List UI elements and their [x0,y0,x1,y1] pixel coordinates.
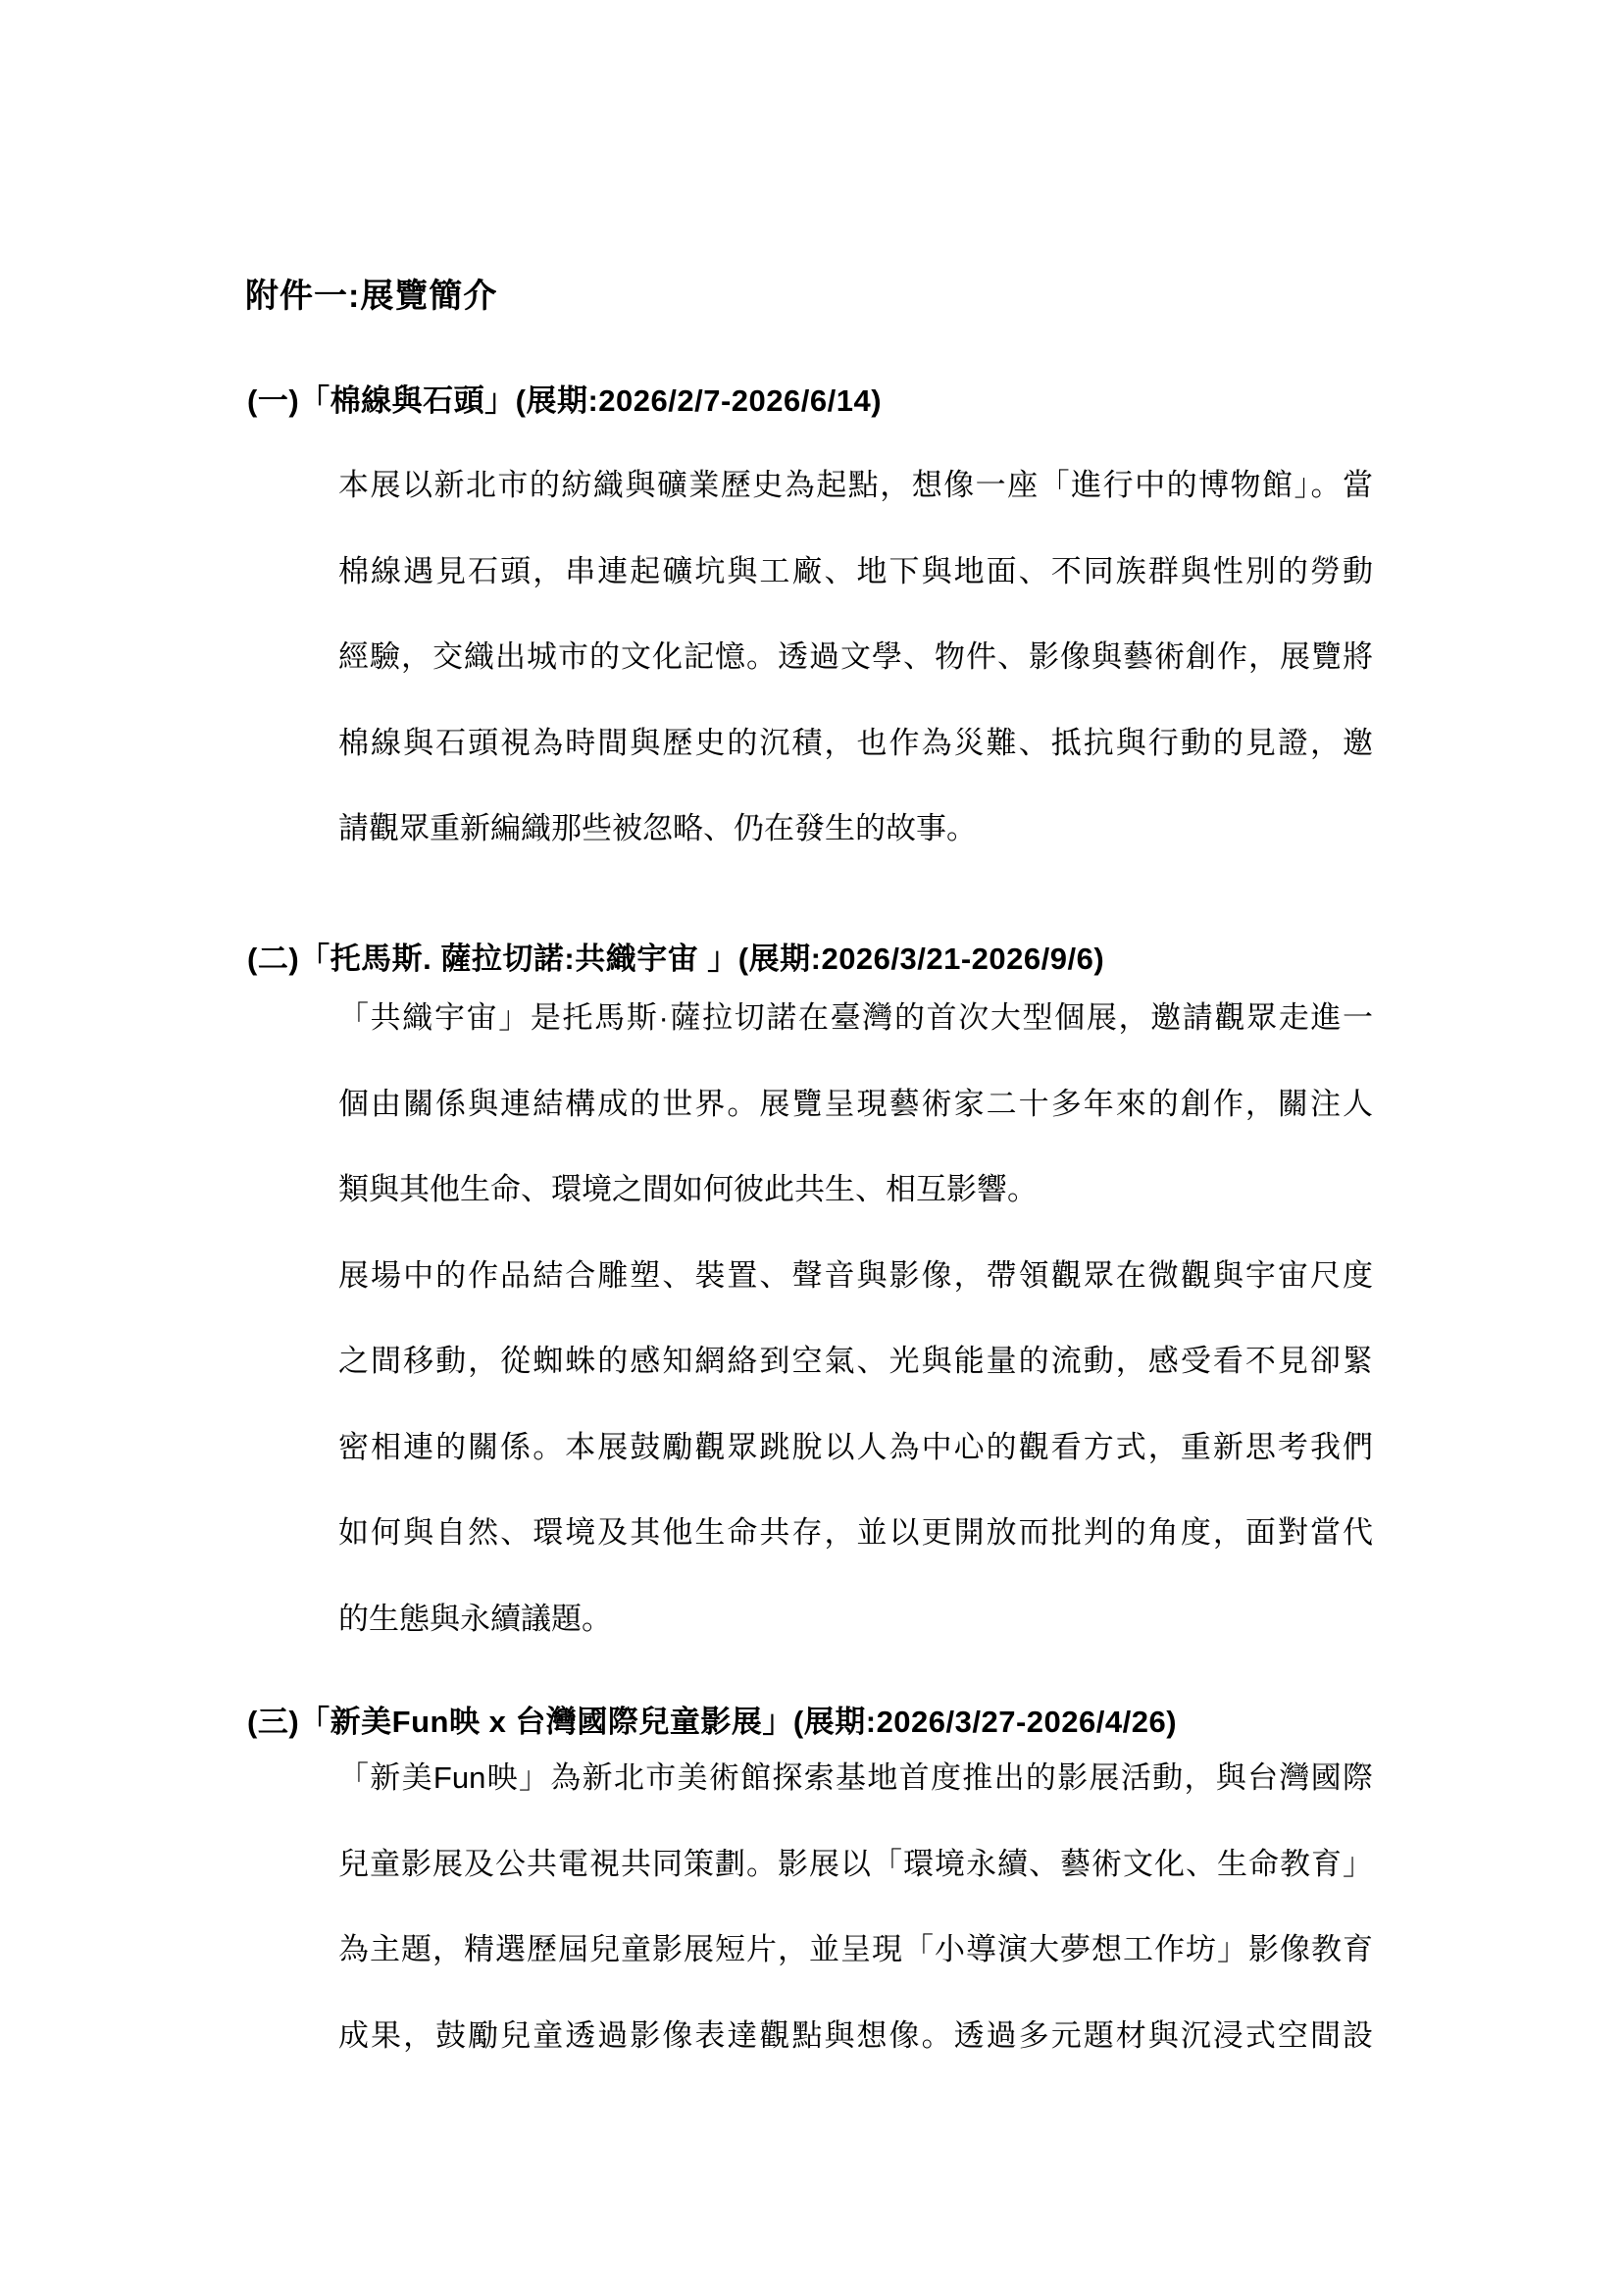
paragraph-line: 棉線遇見石頭，串連起礦坑與工廠、地下與地面、不同族群與性別的勞動 [338,548,1373,635]
paragraph-line: 如何與自然、環境及其他生命共存，並以更開放而批判的角度，面對當代 [338,1509,1373,1596]
paragraph-line: 展場中的作品結合雕塑、裝置、聲音與影像，帶領觀眾在微觀與宇宙尺度 [338,1252,1373,1339]
section-2-heading: (二)「托馬斯. 薩拉切諾:共織宇宙 」(展期:2026/3/21-2026/9… [247,941,1104,979]
paragraph-line: 兒童影展及公共電視共同策劃。影展以「環境永續、藝術文化、生命教育」 [338,1841,1373,1927]
paragraph-line: 經驗，交織出城市的文化記憶。透過文學、物件、影像與藝術創作，展覽將 [338,634,1373,720]
paragraph-line: 本展以新北市的紡織與礦業歷史為起點，想像一座「進行中的博物館」。當 [338,462,1373,548]
paragraph-line: 之間移動，從蜘蛛的感知網絡到空氣、光與能量的流動，感受看不見卻緊 [338,1338,1373,1424]
paragraph-line: 「共織宇宙」是托馬斯·薩拉切諾在臺灣的首次大型個展，邀請觀眾走進一 [338,994,1373,1081]
document-page: 附件一:展覽簡介 (一)「棉線與石頭」(展期:2026/2/7-2026/6/1… [0,0,1624,2294]
paragraph-line: 成果，鼓勵兒童透過影像表達觀點與想像。透過多元題材與沉浸式空間設 [338,2013,1373,2099]
paragraph-line: 請觀眾重新編織那些被忽略、仍在發生的故事。 [338,805,1373,892]
section-1-paragraph: 本展以新北市的紡織與礦業歷史為起點，想像一座「進行中的博物館」。當 棉線遇見石頭… [338,462,1373,892]
page-title: 附件一:展覽簡介 [245,276,497,318]
paragraph-line: 類與其他生命、環境之間如何彼此共生、相互影響。 [338,1166,1373,1252]
paragraph-line: 棉線與石頭視為時間與歷史的沉積，也作為災難、抵抗與行動的見證，邀 [338,720,1373,806]
paragraph-line: 個由關係與連結構成的世界。展覽呈現藝術家二十多年來的創作，關注人 [338,1081,1373,1167]
paragraph-line: 為主題，精選歷屆兒童影展短片，並呈現「小導演大夢想工作坊」影像教育 [338,1926,1373,2013]
section-3-paragraph: 「新美Fun映」為新北市美術館探索基地首度推出的影展活動，與台灣國際 兒童影展及… [338,1755,1373,2098]
section-3-heading: (三)「新美Fun映 x 台灣國際兒童影展」(展期:2026/3/27-2026… [247,1704,1177,1742]
paragraph-line: 的生態與永續議題。 [338,1596,1373,1682]
section-1-heading: (一)「棉線與石頭」(展期:2026/2/7-2026/6/14) [247,382,882,421]
paragraph-line: 密相連的關係。本展鼓勵觀眾跳脫以人為中心的觀看方式，重新思考我們 [338,1424,1373,1510]
paragraph-line: 「新美Fun映」為新北市美術館探索基地首度推出的影展活動，與台灣國際 [338,1755,1373,1841]
section-2-paragraph: 「共織宇宙」是托馬斯·薩拉切諾在臺灣的首次大型個展，邀請觀眾走進一 個由關係與連… [338,994,1373,1681]
